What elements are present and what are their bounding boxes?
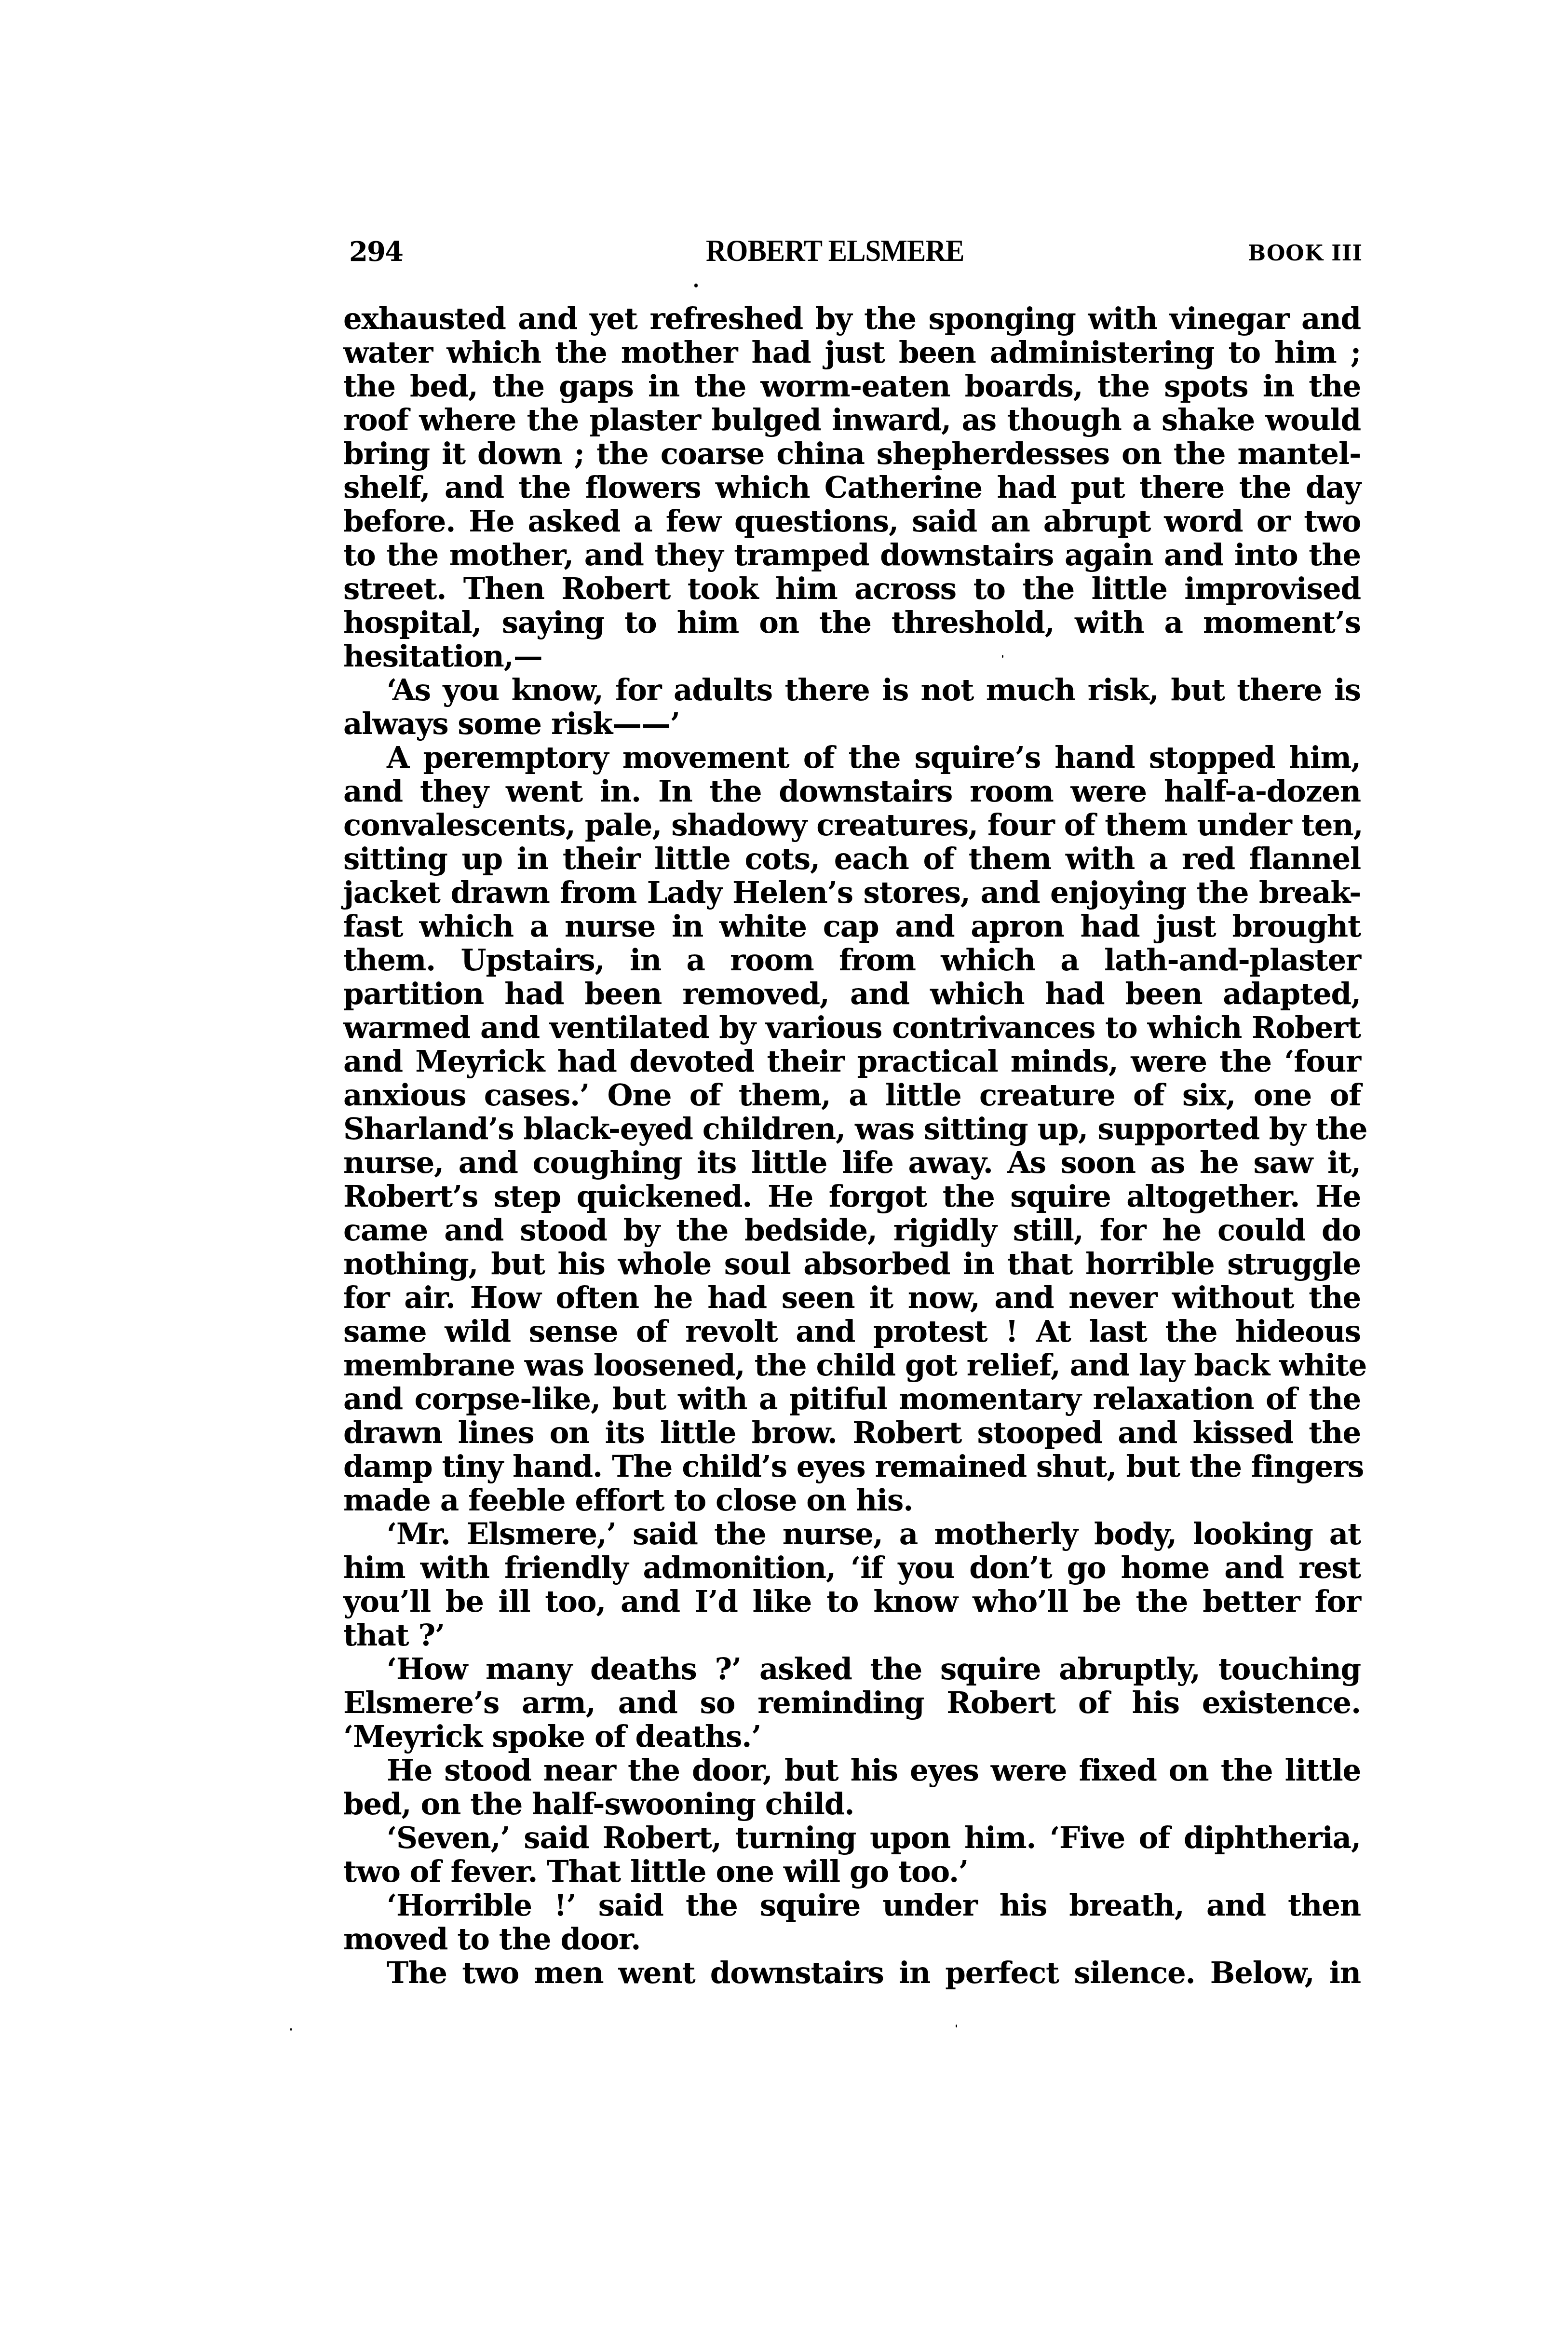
text-line: him with friendly admonition, ‘if you do… bbox=[343, 1551, 1361, 1585]
text-line: always some risk——’ bbox=[343, 707, 1361, 741]
text-line: Robert’s step quickened. He forgot the s… bbox=[343, 1180, 1361, 1214]
text-line: ‘Seven,’ said Robert, turning upon him. … bbox=[343, 1822, 1361, 1855]
text-line: convalescents, pale, shadowy creatures, … bbox=[343, 809, 1361, 843]
text-line: nothing, but his whole soul absorbed in … bbox=[343, 1248, 1361, 1281]
text-line: He stood near the door, but his eyes wer… bbox=[343, 1754, 1361, 1788]
text-line: and corpse-like, but with a pitiful mome… bbox=[343, 1383, 1361, 1416]
text-line: partition had been removed, and which ha… bbox=[343, 978, 1361, 1011]
text-line: A peremptory movement of the squire’s ha… bbox=[343, 741, 1361, 775]
text-line: nurse, and coughing its little life away… bbox=[343, 1146, 1361, 1180]
body-text: exhausted and yet refreshed by the spong… bbox=[343, 302, 1361, 1990]
text-line: the bed, the gaps in the worm-eaten boar… bbox=[343, 370, 1361, 404]
text-line: street. Then Robert took him across to t… bbox=[343, 572, 1361, 606]
text-line: sitting up in their little cots, each of… bbox=[343, 843, 1361, 876]
text-line: bed, on the half-swooning child. bbox=[343, 1788, 1361, 1822]
scan-speck bbox=[956, 2025, 957, 2027]
running-head: 294 ROBERT ELSMERE BOOK III bbox=[343, 235, 1363, 270]
text-line: to the mother, and they tramped downstai… bbox=[343, 539, 1361, 572]
text-line: moved to the door. bbox=[343, 1923, 1361, 1957]
text-line: ‘How many deaths ?’ asked the squire abr… bbox=[343, 1653, 1361, 1686]
text-line: The two men went downstairs in perfect s… bbox=[343, 1957, 1361, 1990]
book-label: BOOK III bbox=[1248, 242, 1363, 265]
text-line: hospital, saying to him on the threshold… bbox=[343, 606, 1361, 640]
text-line: water which the mother had just been adm… bbox=[343, 336, 1361, 370]
text-line: exhausted and yet refreshed by the spong… bbox=[343, 302, 1361, 336]
text-line: membrane was loosened, the child got rel… bbox=[343, 1349, 1361, 1383]
text-line: drawn lines on its little brow. Robert s… bbox=[343, 1416, 1361, 1450]
text-line: for air. How often he had seen it now, a… bbox=[343, 1281, 1361, 1315]
text-line: same wild sense of revolt and protest ! … bbox=[343, 1315, 1361, 1349]
text-line: came and stood by the bedside, rigidly s… bbox=[343, 1214, 1361, 1248]
text-line: and they went in. In the downstairs room… bbox=[343, 775, 1361, 809]
text-line: ‘Meyrick spoke of deaths.’ bbox=[343, 1720, 1361, 1754]
text-line: damp tiny hand. The child’s eyes remaine… bbox=[343, 1450, 1361, 1484]
scan-speck bbox=[290, 2028, 292, 2031]
text-line: two of fever. That little one will go to… bbox=[343, 1855, 1361, 1889]
text-line: that ?’ bbox=[343, 1619, 1361, 1653]
text-line: jacket drawn from Lady Helen’s stores, a… bbox=[343, 876, 1361, 910]
text-line: bring it down ; the coarse china shepher… bbox=[343, 437, 1361, 471]
text-line: anxious cases.’ One of them, a little cr… bbox=[343, 1079, 1361, 1113]
text-line: warmed and ventilated by various contriv… bbox=[343, 1011, 1361, 1045]
text-line: roof where the plaster bulged inward, as… bbox=[343, 404, 1361, 437]
text-line: made a feeble effort to close on his. bbox=[343, 1484, 1361, 1518]
text-line: before. He asked a few questions, said a… bbox=[343, 505, 1361, 539]
page-number: 294 bbox=[349, 237, 403, 266]
running-title: ROBERT ELSMERE bbox=[706, 235, 964, 266]
text-line: shelf, and the flowers which Catherine h… bbox=[343, 471, 1361, 505]
text-line: them. Upstairs, in a room from which a l… bbox=[343, 944, 1361, 978]
text-line: Sharland’s black-eyed children, was sitt… bbox=[343, 1113, 1361, 1146]
text-line: Elsmere’s arm, and so reminding Robert o… bbox=[343, 1686, 1361, 1720]
text-line: you’ll be ill too, and I’d like to know … bbox=[343, 1585, 1361, 1619]
text-line: fast which a nurse in white cap and apro… bbox=[343, 910, 1361, 944]
text-line: ‘As you know, for adults there is not mu… bbox=[343, 674, 1361, 707]
scan-speck bbox=[694, 284, 698, 287]
text-line: ‘Mr. Elsmere,’ said the nurse, a motherl… bbox=[343, 1518, 1361, 1551]
text-line: and Meyrick had devoted their practical … bbox=[343, 1045, 1361, 1079]
text-line: ‘Horrible !’ said the squire under his b… bbox=[343, 1889, 1361, 1923]
text-line: hesitation,— bbox=[343, 640, 1361, 674]
